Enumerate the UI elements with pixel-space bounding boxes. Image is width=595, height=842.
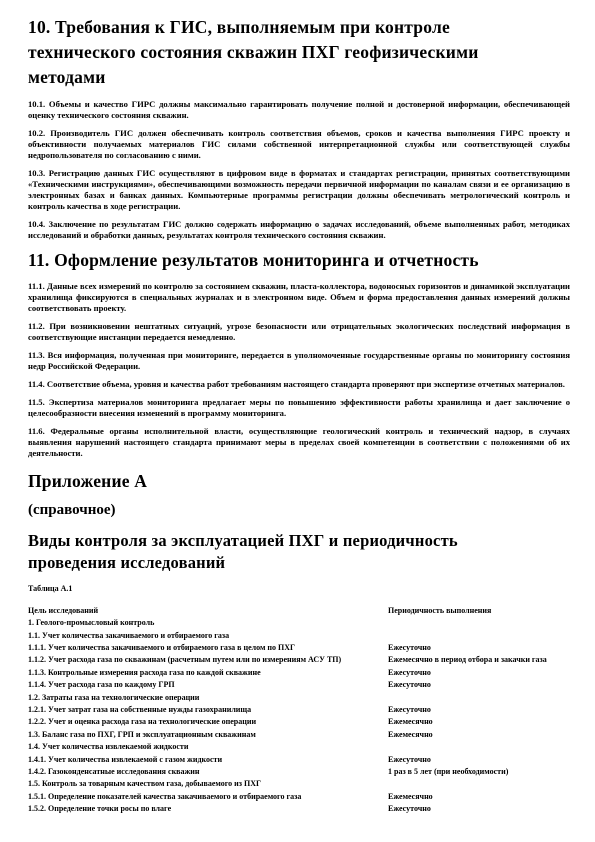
appendix-heading: Виды контроля за эксплуатацией ПХГ и пер…	[28, 530, 513, 575]
table-row: 1.1.2. Учет расхода газа по скважинам (р…	[28, 654, 570, 666]
paragraph-10-3: 10.3. Регистрацию данных ГИС осуществляю…	[28, 168, 570, 212]
table-label: Таблица А.1	[28, 584, 570, 593]
cell-goal: 1.5.2. Определение точки росы по влаге	[28, 803, 388, 815]
table-row: 1.1.3. Контрольные измерения расхода газ…	[28, 667, 570, 679]
table-row: 1.4.1. Учет количества извлекаемой с газ…	[28, 754, 570, 766]
cell-period: Ежемесячно	[388, 791, 570, 803]
cell-period: Ежесуточно	[388, 667, 570, 679]
cell-period: Ежесуточно	[388, 754, 570, 766]
table-header-row: Цель исследований Периодичность выполнен…	[28, 605, 570, 617]
paragraph-11-1: 11.1. Данные всех измерений по контролю …	[28, 281, 570, 314]
table-row: 1.5. Контроль за товарным качеством газа…	[28, 778, 570, 790]
section-10-title: 10. Требования к ГИС, выполняемым при ко…	[28, 15, 498, 90]
cell-period: Ежемесячно в период отбора и закачки газ…	[388, 654, 570, 666]
cell-period: Ежемесячно	[388, 716, 570, 728]
cell-period: 1 раз в 5 лет (при необходимости)	[388, 766, 570, 778]
table-row: 1.3. Баланс газа по ПХГ, ГРП и эксплуата…	[28, 729, 570, 741]
cell-goal: 1.4.2. Газоконденсатные исследования скв…	[28, 766, 388, 778]
table-row: 1.1. Учет количества закачиваемого и отб…	[28, 630, 570, 642]
cell-goal: 1.1.2. Учет расхода газа по скважинам (р…	[28, 654, 388, 666]
paragraph-11-5: 11.5. Экспертиза материалов мониторинга …	[28, 397, 570, 419]
cell-goal: 1.5. Контроль за товарным качеством газа…	[28, 778, 388, 790]
section-11-title: 11. Оформление результатов мониторинга и…	[28, 248, 570, 273]
cell-goal: 1.1.3. Контрольные измерения расхода газ…	[28, 667, 388, 679]
appendix-subtitle: (справочное)	[28, 500, 570, 521]
table-row: 1.1.4. Учет расхода газа по каждому ГРП …	[28, 679, 570, 691]
table-row: 1. Геолого-промысловый контроль	[28, 617, 570, 629]
appendix-title: Приложение А	[28, 469, 570, 494]
document-page: 10. Требования к ГИС, выполняемым при ко…	[0, 0, 595, 842]
paragraph-10-1: 10.1. Объемы и качество ГИРС должны макс…	[28, 99, 570, 121]
table-row: 1.2.2. Учет и оценка расхода газа на тех…	[28, 716, 570, 728]
paragraph-11-6: 11.6. Федеральные органы исполнительной …	[28, 426, 570, 459]
column-header-goal: Цель исследований	[28, 605, 388, 617]
cell-goal: 1.2. Затраты газа на технологические опе…	[28, 692, 388, 704]
paragraph-10-2: 10.2. Производитель ГИС должен обеспечив…	[28, 128, 570, 161]
cell-goal: 1.1.1. Учет количества закачиваемого и о…	[28, 642, 388, 654]
cell-period: Ежесуточно	[388, 642, 570, 654]
table-row: 1.4.2. Газоконденсатные исследования скв…	[28, 766, 570, 778]
cell-goal: 1.2.2. Учет и оценка расхода газа на тех…	[28, 716, 388, 728]
paragraph-10-4: 10.4. Заключение по результатам ГИС долж…	[28, 219, 570, 241]
paragraph-11-3: 11.3. Вся информация, полученная при мон…	[28, 350, 570, 372]
cell-period: Ежесуточно	[388, 704, 570, 716]
cell-goal: 1.1.4. Учет расхода газа по каждому ГРП	[28, 679, 388, 691]
cell-goal: 1.1. Учет количества закачиваемого и отб…	[28, 630, 388, 642]
paragraph-11-4: 11.4. Соответствие объема, уровня и каче…	[28, 379, 570, 390]
cell-goal: 1.2.1. Учет затрат газа на собственные н…	[28, 704, 388, 716]
column-header-period: Периодичность выполнения	[388, 605, 570, 617]
table-row: 1.1.1. Учет количества закачиваемого и о…	[28, 642, 570, 654]
cell-period: Ежесуточно	[388, 803, 570, 815]
cell-goal: 1. Геолого-промысловый контроль	[28, 617, 388, 629]
cell-goal: 1.5.1. Определение показателей качества …	[28, 791, 388, 803]
cell-goal: 1.4. Учет количества извлекаемой жидкост…	[28, 741, 388, 753]
table-row: 1.2.1. Учет затрат газа на собственные н…	[28, 704, 570, 716]
table-row: 1.5.1. Определение показателей качества …	[28, 791, 570, 803]
periodicity-table: Цель исследований Периодичность выполнен…	[28, 605, 570, 816]
table-row: 1.5.2. Определение точки росы по влаге Е…	[28, 803, 570, 815]
cell-period: Ежемесячно	[388, 729, 570, 741]
cell-goal: 1.3. Баланс газа по ПХГ, ГРП и эксплуата…	[28, 729, 388, 741]
table-row: 1.2. Затраты газа на технологические опе…	[28, 692, 570, 704]
cell-period: Ежесуточно	[388, 679, 570, 691]
table-row: 1.4. Учет количества извлекаемой жидкост…	[28, 741, 570, 753]
cell-goal: 1.4.1. Учет количества извлекаемой с газ…	[28, 754, 388, 766]
paragraph-11-2: 11.2. При возникновении нештатных ситуац…	[28, 321, 570, 343]
